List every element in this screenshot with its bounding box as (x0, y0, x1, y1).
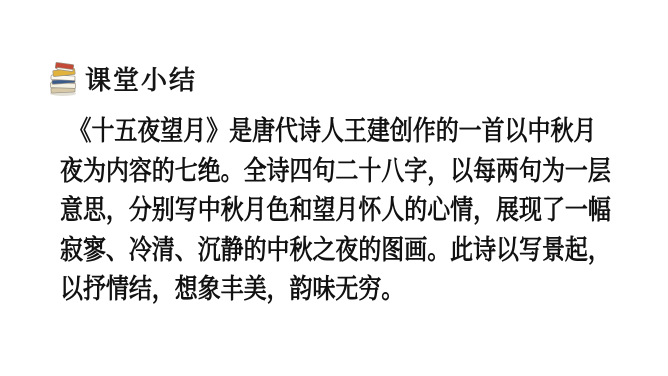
books-stack-icon (48, 59, 78, 97)
slide-canvas: 课堂小结 《十五夜望月》是唐代诗人王建创作的一首以中秋月 夜为内容的七绝。全诗四… (0, 0, 668, 376)
paragraph-line: 以抒情结，想象丰美，韵味无穷。 (60, 270, 549, 310)
paragraph-line: 《十五夜望月》是唐代诗人王建创作的一首以中秋月 (60, 112, 549, 152)
paragraph-line: 寂寥、冷清、沉静的中秋之夜的图画。此诗以写景起， (60, 231, 549, 271)
paragraph-line: 意思，分别写中秋月色和望月怀人的心情，展现了一幅 (60, 191, 549, 231)
paragraph-line: 夜为内容的七绝。全诗四句二十八字，以每两句为一层 (60, 152, 549, 192)
summary-paragraph: 《十五夜望月》是唐代诗人王建创作的一首以中秋月 夜为内容的七绝。全诗四句二十八字… (60, 112, 635, 310)
slide-header: 课堂小结 (48, 59, 197, 97)
page-title: 课堂小结 (85, 60, 197, 97)
